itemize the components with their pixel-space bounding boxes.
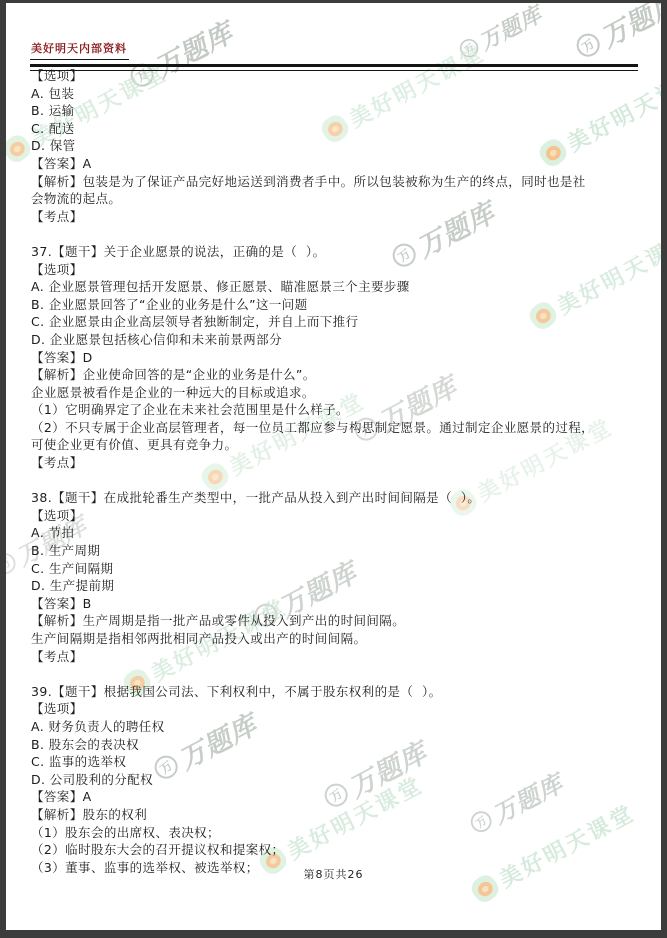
text-line: 【选项】 xyxy=(31,67,637,85)
text-line: D. 企业愿景包括核心信仰和未来前景两部分 xyxy=(31,331,637,349)
document-body: 【选项】A. 包装B. 运输C. 配送D. 保管【答案】A【解析】包装是为了保证… xyxy=(31,67,637,876)
text-line: B. 企业愿景回答了“企业的业务是什么”这一问题 xyxy=(31,296,637,314)
text-line: 【答案】A xyxy=(31,155,637,173)
text-line: B. 股东会的表决权 xyxy=(31,736,637,754)
text-line: B. 生产周期 xyxy=(31,542,637,560)
question-block-q39: 39.【题干】根据我国公司法、下利权利中，不属于股东权利的是（ ）。【选项】A.… xyxy=(31,683,637,877)
text-line: D. 保管 xyxy=(31,137,637,155)
text-line: （2）不只专属于企业高层管理者，每一位员工都应参与构思制定愿景。通过制定企业愿景… xyxy=(31,419,637,437)
text-line: 企业愿景被看作是企业的一种远大的目标或追求。 xyxy=(31,384,637,402)
text-line: 【考点】 xyxy=(31,454,637,472)
document-page: 万万题库万万题库万万题库万万题库万万题库万万题库万万题库万万题库万万题库万万题库… xyxy=(6,3,661,930)
text-line: 【考点】 xyxy=(31,208,637,226)
text-line: A. 节拍 xyxy=(31,524,637,542)
question-block-q37: 37.【题干】关于企业愿景的说法，正确的是（ ）。【选项】A. 企业愿景管理包括… xyxy=(31,243,637,472)
text-line: 会物流的起点。 xyxy=(31,190,637,208)
text-line: （1）它明确界定了企业在未来社会范围里是什么样子。 xyxy=(31,401,637,419)
text-line: 【答案】A xyxy=(31,788,637,806)
text-line: C. 监事的选举权 xyxy=(31,753,637,771)
text-line: 【考点】 xyxy=(31,648,637,666)
text-line: 【选项】 xyxy=(31,261,637,279)
text-line: 37.【题干】关于企业愿景的说法，正确的是（ ）。 xyxy=(31,243,637,261)
text-line: B. 运输 xyxy=(31,102,637,120)
text-line: （1）股东会的出席权、表决权； xyxy=(31,824,637,842)
text-line: D. 公司股利的分配权 xyxy=(31,771,637,789)
text-line: 【解析】企业使命回答的是“企业的业务是什么”。 xyxy=(31,366,637,384)
text-line: 【解析】包装是为了保证产品完好地运送到消费者手中。所以包装被称为生产的终点，同时… xyxy=(31,173,637,191)
question-block-q36-continued: 【选项】A. 包装B. 运输C. 配送D. 保管【答案】A【解析】包装是为了保证… xyxy=(31,67,637,225)
page-header: 美好明天内部资料 xyxy=(30,37,638,71)
text-line: 【解析】股东的权利 xyxy=(31,806,637,824)
text-line: A. 包装 xyxy=(31,85,637,103)
text-line: 【选项】 xyxy=(31,507,637,525)
question-block-q38: 38.【题干】在成批轮番生产类型中，一批产品从投入到产出时间间隔是（ ）。【选项… xyxy=(31,489,637,665)
text-line: 【答案】B xyxy=(31,595,637,613)
text-line: 【答案】D xyxy=(31,349,637,367)
wantiku-logo-icon: 万 xyxy=(6,549,20,578)
text-line: 38.【题干】在成批轮番生产类型中，一批产品从投入到产出时间间隔是（ ）。 xyxy=(31,489,637,507)
text-line: （2）临时股东大会的召开提议权和提案权； xyxy=(31,841,637,859)
text-line: 【解析】生产周期是指一批产品或零件从投入到产出的时间间隔。 xyxy=(31,612,637,630)
text-line: 39.【题干】根据我国公司法、下利权利中，不属于股东权利的是（ ）。 xyxy=(31,683,637,701)
app-background: { "header": { "title": "美好明天内部资料" }, "fo… xyxy=(0,0,667,938)
text-line: 可使企业更有价值、更具有竞争力。 xyxy=(31,436,637,454)
footer-page-number: 第8页共26 xyxy=(304,868,364,881)
page-footer: 第8页共26 xyxy=(6,866,661,882)
text-line: C. 生产间隔期 xyxy=(31,560,637,578)
text-line: 【选项】 xyxy=(31,700,637,718)
text-line: C. 企业愿景由企业高层领导者独断制定，并自上而下推行 xyxy=(31,313,637,331)
text-line: 生产间隔期是指相邻两批相同产品投入或出产的时间间隔。 xyxy=(31,630,637,648)
text-line: C. 配送 xyxy=(31,120,637,138)
mascot-face xyxy=(7,139,27,159)
header-title: 美好明天内部资料 xyxy=(30,40,129,60)
text-line: A. 财务负责人的聘任权 xyxy=(31,718,637,736)
text-line: D. 生产提前期 xyxy=(31,577,637,595)
text-line: A. 企业愿景管理包括开发愿景、修正愿景、瞄准愿景三个主要步骤 xyxy=(31,278,637,296)
